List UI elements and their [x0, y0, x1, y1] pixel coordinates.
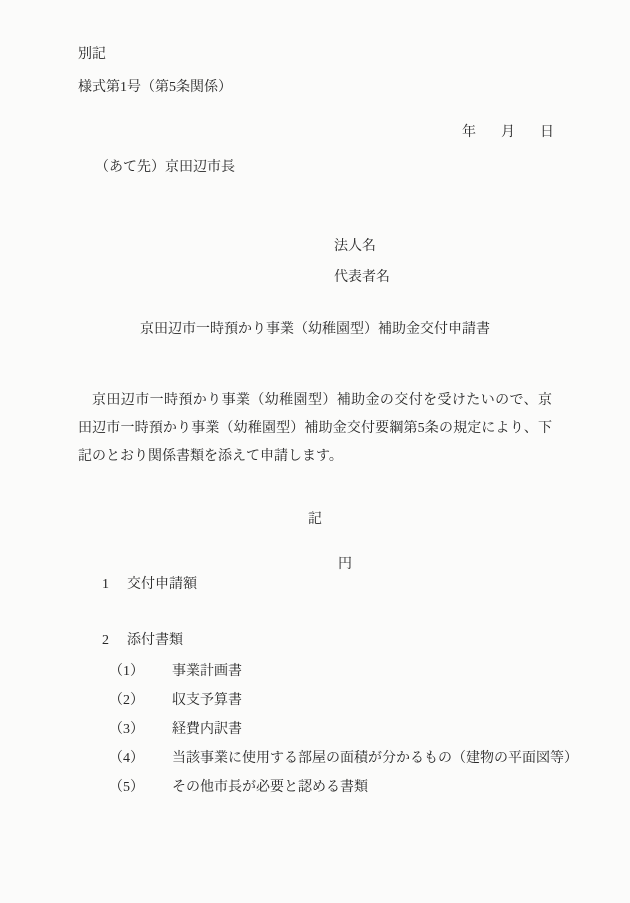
form-number: 様式第1号（第5条関係） — [78, 78, 232, 98]
annex-label: 別記 — [78, 45, 106, 65]
attachment-item: （5）その他市長が必要と認める書類 — [95, 758, 368, 818]
corporation-name-label: 法人名 — [334, 237, 376, 257]
amount-label: 交付申請額 — [127, 577, 197, 592]
amount-row-number: 1 — [102, 575, 127, 595]
document-page: 別記 様式第1号（第5条関係） 年月日 （あて先）京田辺市長 法人名 代表者名 … — [0, 0, 630, 903]
item-label: その他市長が必要と認める書類 — [172, 780, 368, 795]
application-amount-row: 1交付申請額円 — [88, 555, 197, 615]
day-label: 日 — [540, 125, 554, 140]
month-label: 月 — [501, 125, 515, 140]
document-title: 京田辺市一時預かり事業（幼稚園型）補助金交付申請書 — [0, 320, 630, 340]
date-line: 年月日 — [448, 103, 554, 163]
item-number: （5） — [109, 778, 172, 798]
body-paragraph: 京田辺市一時預かり事業（幼稚園型）補助金の交付を受けたいので、京田辺市一時預かり… — [78, 387, 552, 471]
amount-unit-label: 円 — [338, 555, 352, 575]
representative-name-label: 代表者名 — [334, 268, 390, 288]
year-label: 年 — [462, 125, 476, 140]
record-heading: 記 — [0, 510, 630, 530]
addressee: （あて先）京田辺市長 — [95, 158, 235, 178]
